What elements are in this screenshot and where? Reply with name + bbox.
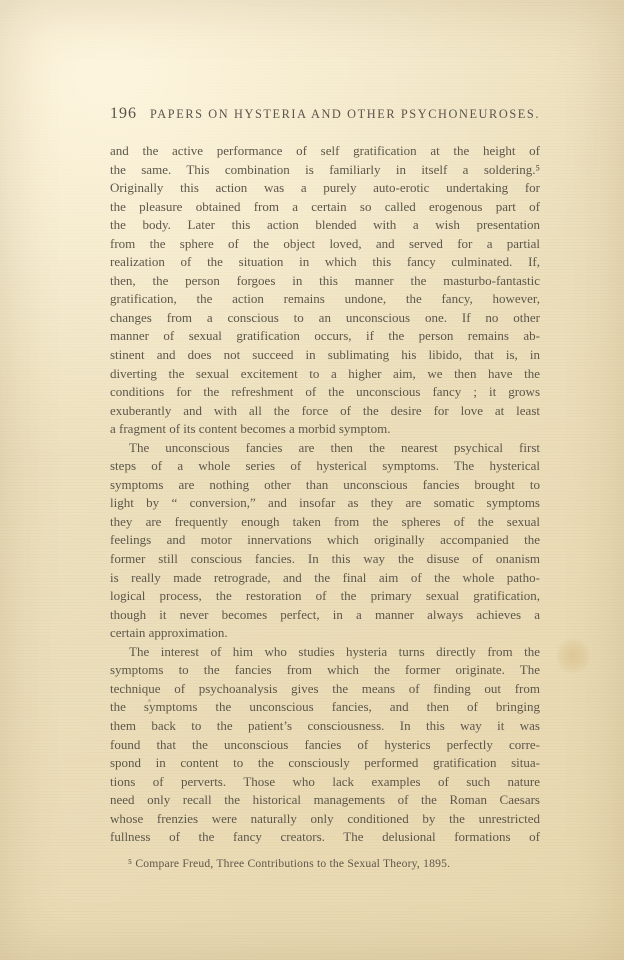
text-line: tions of perverts. Those who lack exampl… (110, 773, 540, 792)
text-line: conditions for the refreshment of the un… (110, 383, 540, 402)
text-line: Originally this action was a purely auto… (110, 179, 540, 198)
text-line: feelings and motor innervations which or… (110, 531, 540, 550)
running-title: PAPERS ON HYSTERIA AND OTHER PSYCHONEURO… (150, 107, 540, 122)
text-line: changes from a conscious to an unconscio… (110, 309, 540, 328)
text-line: the body. Later this action blended with… (110, 216, 540, 235)
text-line: whose frenzies were naturally only condi… (110, 810, 540, 829)
text-line: the pleasure obtained from a certain so … (110, 198, 540, 217)
text-line: light by “ conversion,” and insofar as t… (110, 494, 540, 513)
footnote-text: ⁵ Compare Freud, Three Contributions to … (128, 857, 450, 870)
text-line: The unconscious fancies are then the nea… (110, 439, 540, 458)
text-line: fullness of the fancy creators. The delu… (110, 828, 540, 847)
page-number: 196 (110, 105, 137, 123)
text-line: logical process, the restoration of the … (110, 587, 540, 606)
text-line: from the sphere of the object loved, and… (110, 235, 540, 254)
text-line: need only recall the historical manageme… (110, 791, 540, 810)
text-line: a fragment of its content becomes a morb… (110, 420, 540, 439)
text-line: steps of a whole series of hysterical sy… (110, 457, 540, 476)
text-line: then, the person forgoes in this manner … (110, 272, 540, 291)
text-line: them back to the patient’s consciousness… (110, 717, 540, 736)
text-line: they are frequently enough taken from th… (110, 513, 540, 532)
page-text-block: 196 PAPERS ON HYSTERIA AND OTHER PSYCHON… (110, 105, 540, 871)
scanned-book-page: 196 PAPERS ON HYSTERIA AND OTHER PSYCHON… (0, 0, 624, 960)
text-line: manner of sexual gratification occurs, i… (110, 327, 540, 346)
text-line: certain approximation. (110, 624, 540, 643)
text-line: and the active performance of self grati… (110, 142, 540, 161)
text-line: stinent and does not succeed in sublimat… (110, 346, 540, 365)
text-line: symptoms to the fancies from which the f… (110, 661, 540, 680)
text-line: diverting the sexual excitement to a hig… (110, 365, 540, 384)
text-line: though it never becomes perfect, in a ma… (110, 606, 540, 625)
text-line: symptoms are nothing other than unconsci… (110, 476, 540, 495)
paper-stain (556, 638, 590, 674)
running-head: 196 PAPERS ON HYSTERIA AND OTHER PSYCHON… (110, 105, 540, 129)
text-line: former still conscious fancies. In this … (110, 550, 540, 569)
body-text: and the active performance of self grati… (110, 142, 540, 847)
text-line: realization of the situation in which th… (110, 253, 540, 272)
text-line: is really made retrograde, and the final… (110, 569, 540, 588)
footnote: ⁵ Compare Freud, Three Contributions to … (110, 856, 540, 871)
text-line: found that the unconscious fancies of hy… (110, 736, 540, 755)
text-line: The interest of him who studies hysteria… (110, 643, 540, 662)
text-line: technique of psychoanalysis gives the me… (110, 680, 540, 699)
text-line: gratification, the action remains undone… (110, 290, 540, 309)
text-line: the same. This combination is familiarly… (110, 161, 540, 180)
text-line: the symptoms the unconscious fancies, an… (110, 698, 540, 717)
text-line: spond in content to the consciously perf… (110, 754, 540, 773)
text-line: exuberantly and with all the force of th… (110, 402, 540, 421)
